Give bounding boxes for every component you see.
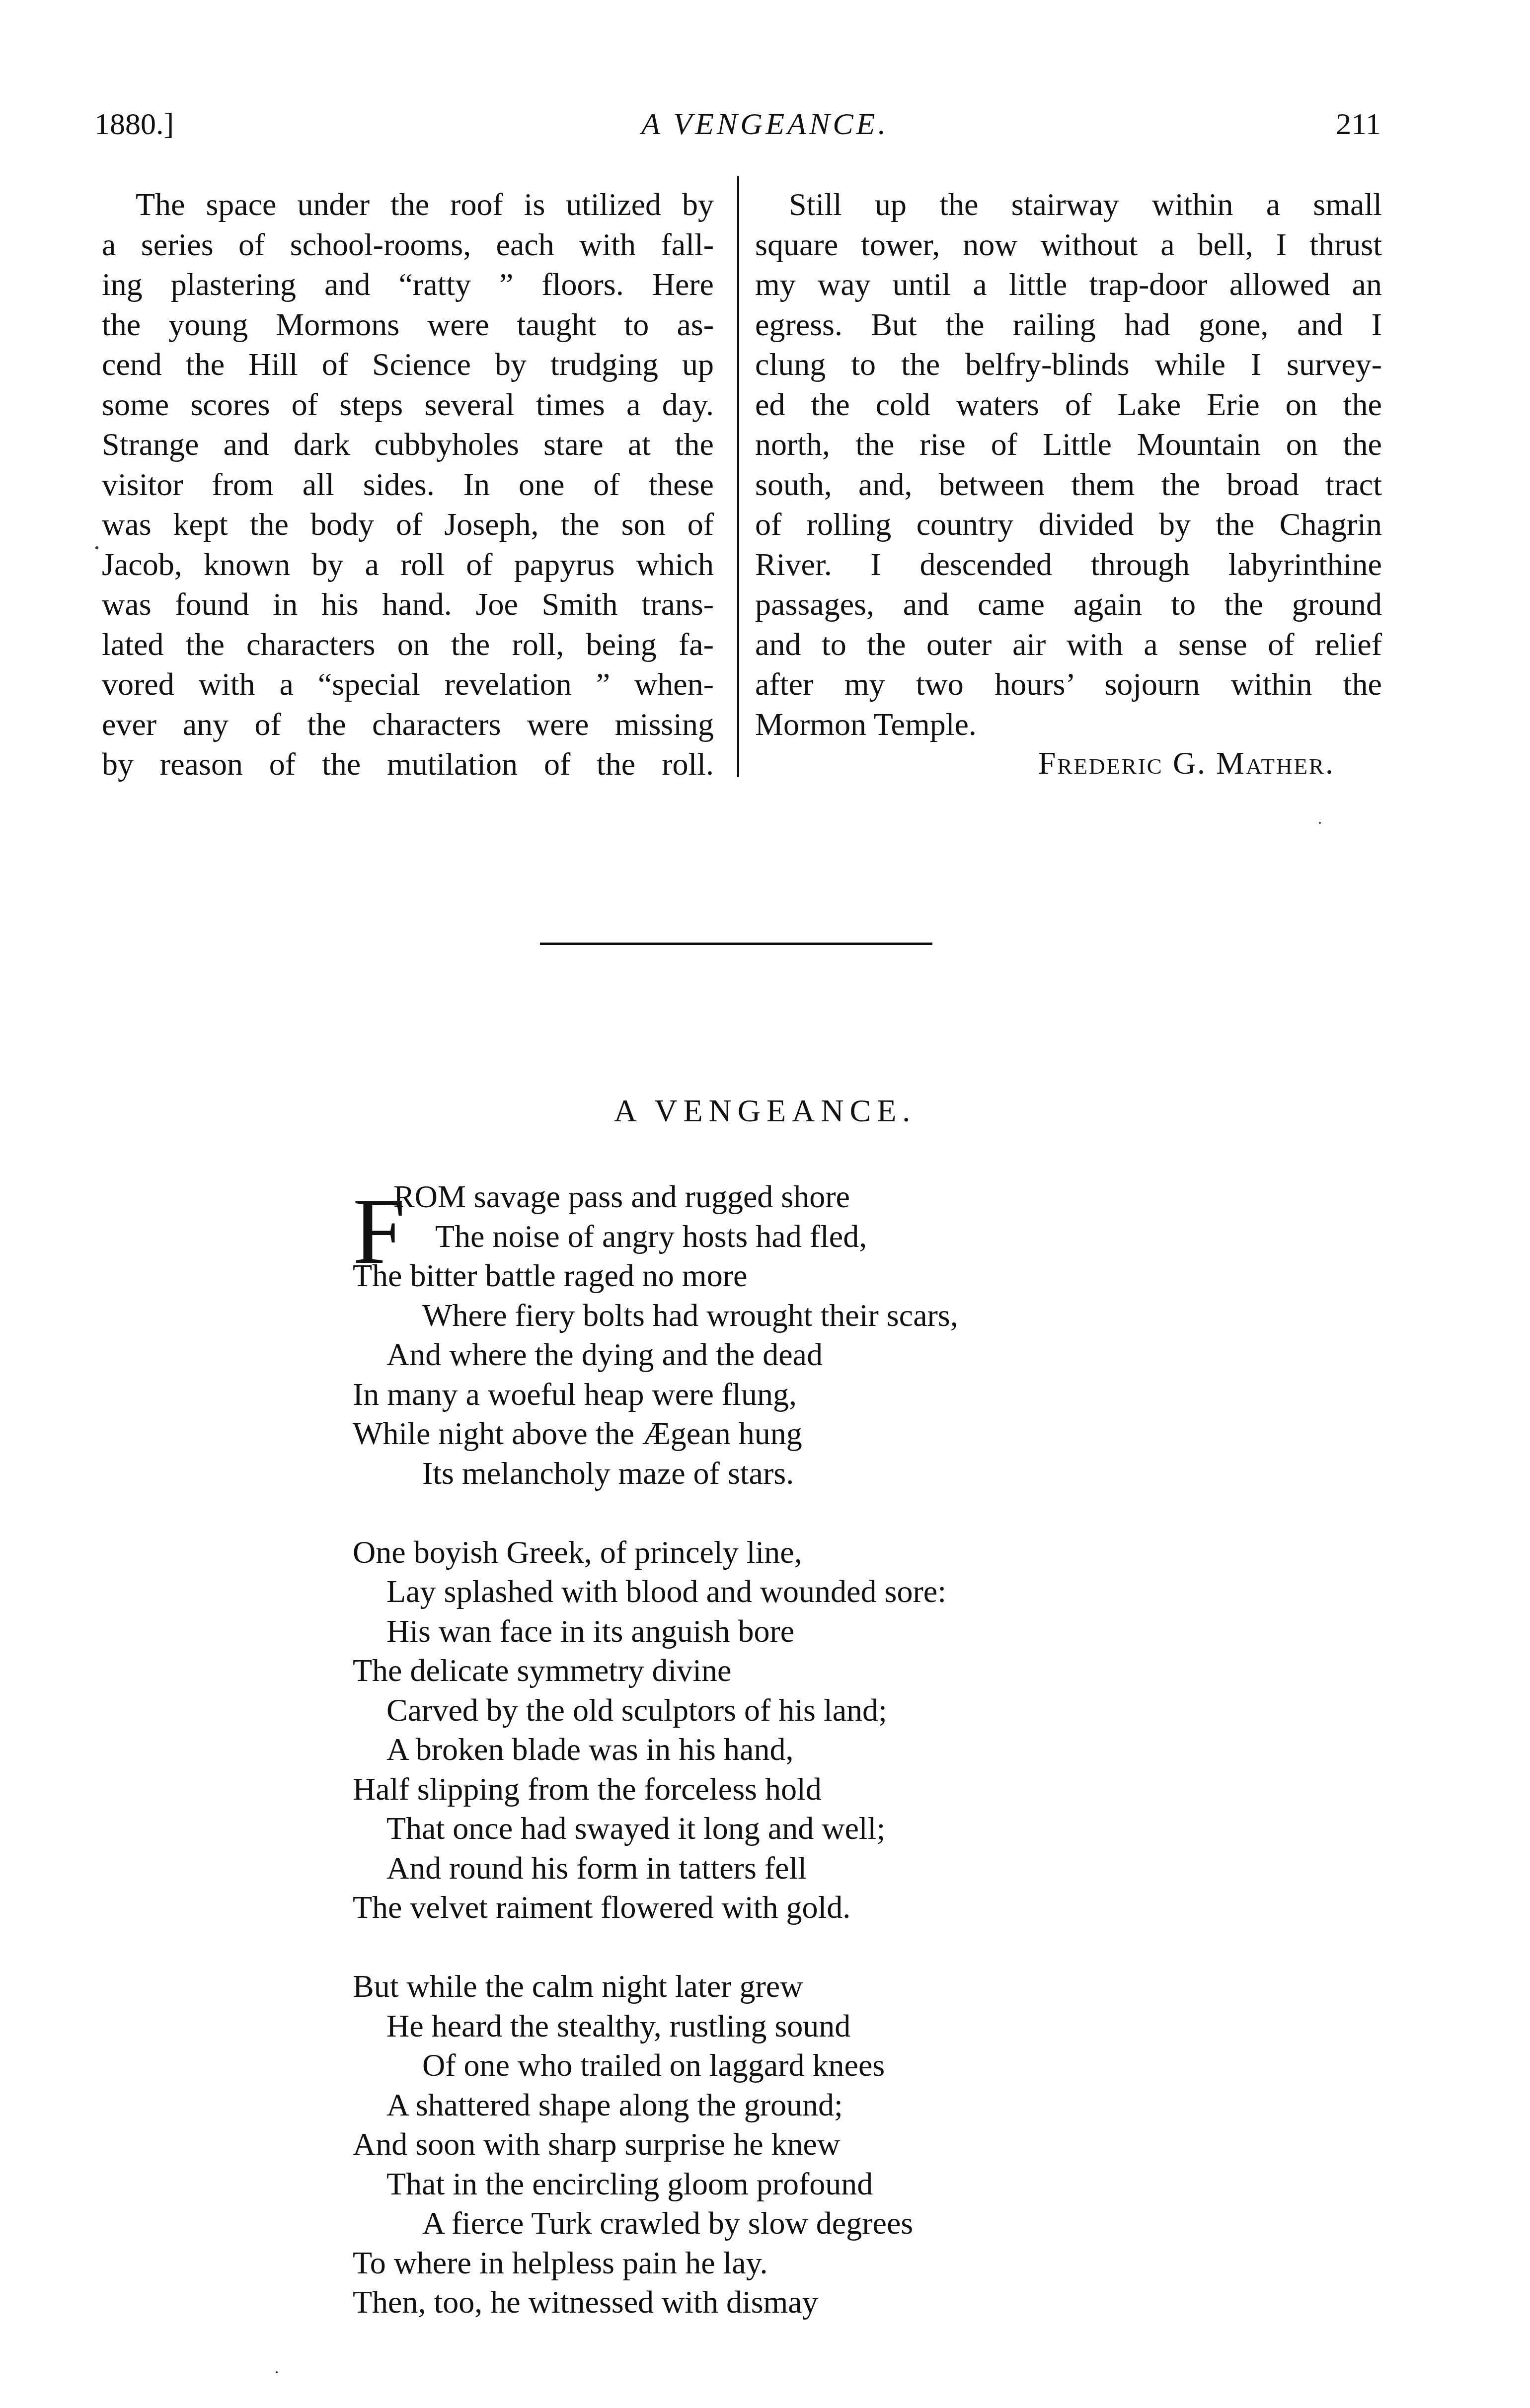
- text-line: south, and, between them the broad tract: [755, 465, 1382, 505]
- running-head: A VENGEANCE. 1880.] 211: [0, 107, 1530, 151]
- poem-line: To where in helpless pain he lay.: [353, 2243, 958, 2283]
- poem-line: ROM savage pass and rugged shore: [353, 1177, 958, 1217]
- poem-line: A fierce Turk crawled by slow degrees: [353, 2203, 958, 2243]
- text-line: clung to the belfry-blinds while I surve…: [755, 345, 1382, 385]
- text-line: north, the rise of Little Mountain on th…: [755, 425, 1382, 465]
- text-line: some scores of steps several times a day…: [102, 385, 714, 425]
- text-line: The space under the roof is utilized by: [102, 185, 714, 225]
- text-line: my way until a little trap-door allowed …: [755, 265, 1382, 305]
- poem-line: His wan face in its anguish bore: [353, 1611, 958, 1651]
- poem-line: And soon with sharp surprise he knew: [353, 2124, 958, 2164]
- poem-line: Carved by the old sculptors of his land;: [353, 1690, 958, 1730]
- poem-line: One boyish Greek, of princely line,: [353, 1532, 958, 1572]
- poem-line: Half slipping from the forceless hold: [353, 1769, 958, 1809]
- text-line: square tower, now without a bell, I thru…: [755, 225, 1382, 265]
- poem-title: A VENGEANCE.: [0, 1093, 1530, 1129]
- text-line: ed the cold waters of Lake Erie on the: [755, 385, 1382, 425]
- poem-line: The velvet raiment flowered with gold.: [353, 1888, 958, 1927]
- text-line: River. I descended through labyrinthine: [755, 545, 1382, 585]
- scan-speck: [276, 2371, 278, 2373]
- poem-line: Its melancholy maze of stars.: [353, 1454, 958, 1493]
- poem-line: That once had swayed it long and well;: [353, 1809, 958, 1848]
- poem-line: Of one who trailed on laggard knees: [353, 2045, 958, 2085]
- article-column-2: Still up the stairway within a small squ…: [755, 185, 1382, 744]
- poem-line: The noise of angry hosts had fled,: [353, 1217, 958, 1256]
- text-line: a series of school-rooms, each with fall…: [102, 225, 714, 265]
- text-line: Strange and dark cubbyholes stare at the: [102, 425, 714, 465]
- poem-line: The delicate symmetry divine: [353, 1651, 958, 1690]
- poem-line: And round his form in tatters fell: [353, 1848, 958, 1888]
- column-divider: [737, 176, 739, 777]
- author-signature: Frederic G. Mather.: [755, 743, 1382, 783]
- page-number: 211: [1336, 107, 1381, 142]
- poem-line: He heard the stealthy, rustling sound: [353, 2006, 958, 2046]
- text-line: ever any of the characters were missing: [102, 705, 714, 745]
- poem-line: That in the encircling gloom profound: [353, 2164, 958, 2204]
- stanza-3: But while the calm night later grew He h…: [353, 1967, 958, 2322]
- signature-text: Frederic G. Mather.: [1038, 745, 1335, 781]
- poem-line: Lay splashed with blood and wounded sore…: [353, 1572, 958, 1611]
- running-head-title: A VENGEANCE.: [0, 107, 1530, 142]
- text-line: Still up the stairway within a small: [755, 185, 1382, 225]
- text-line: ing plastering and “ratty ” floors. Here: [102, 265, 714, 305]
- poem-body: ROM savage pass and rugged shore The noi…: [353, 1177, 958, 2361]
- poem-line: The bitter battle raged no more: [353, 1256, 958, 1296]
- poem-line: A broken blade was in his hand,: [353, 1730, 958, 1769]
- running-head-year: 1880.]: [94, 107, 174, 142]
- text-line: passages, and came again to the ground: [755, 584, 1382, 625]
- text-line: Jacob, known by a roll of papyrus which: [102, 545, 714, 585]
- text-line: by reason of the mutilation of the roll.: [102, 744, 714, 785]
- poem-line: But while the calm night later grew: [353, 1967, 958, 2006]
- poem-line: In many a woeful heap were flung,: [353, 1375, 958, 1414]
- stanza-2: One boyish Greek, of princely line, Lay …: [353, 1532, 958, 1927]
- stanza-1: ROM savage pass and rugged shore The noi…: [353, 1177, 958, 1493]
- poem-line: A shattered shape along the ground;: [353, 2085, 958, 2125]
- text-line: of rolling country divided by the Chagri…: [755, 505, 1382, 545]
- text-line: the young Mormons were taught to as-: [102, 305, 714, 345]
- article-column-1: The space under the roof is utilized by …: [102, 185, 714, 785]
- text-line: was found in his hand. Joe Smith trans-: [102, 584, 714, 625]
- text-line: Mormon Temple.: [755, 705, 1382, 745]
- poem-line: Where fiery bolts had wrought their scar…: [353, 1296, 958, 1335]
- text-line: lated the characters on the roll, being …: [102, 625, 714, 665]
- poem-line: And where the dying and the dead: [353, 1335, 958, 1375]
- poem-line: While night above the Ægean hung: [353, 1414, 958, 1454]
- text-line: was kept the body of Joseph, the son of: [102, 505, 714, 545]
- text-line: after my two hours’ sojourn within the: [755, 664, 1382, 705]
- section-rule: [540, 943, 932, 945]
- poem-line: Then, too, he witnessed with dismay: [353, 2282, 958, 2322]
- scan-speck: [95, 546, 98, 549]
- text-line: visitor from all sides. In one of these: [102, 465, 714, 505]
- scan-speck: [1319, 822, 1321, 824]
- text-line: and to the outer air with a sense of rel…: [755, 625, 1382, 665]
- text-line: vored with a “special revelation ” when-: [102, 664, 714, 705]
- text-line: egress. But the railing had gone, and I: [755, 305, 1382, 345]
- text-line: cend the Hill of Science by trudging up: [102, 345, 714, 385]
